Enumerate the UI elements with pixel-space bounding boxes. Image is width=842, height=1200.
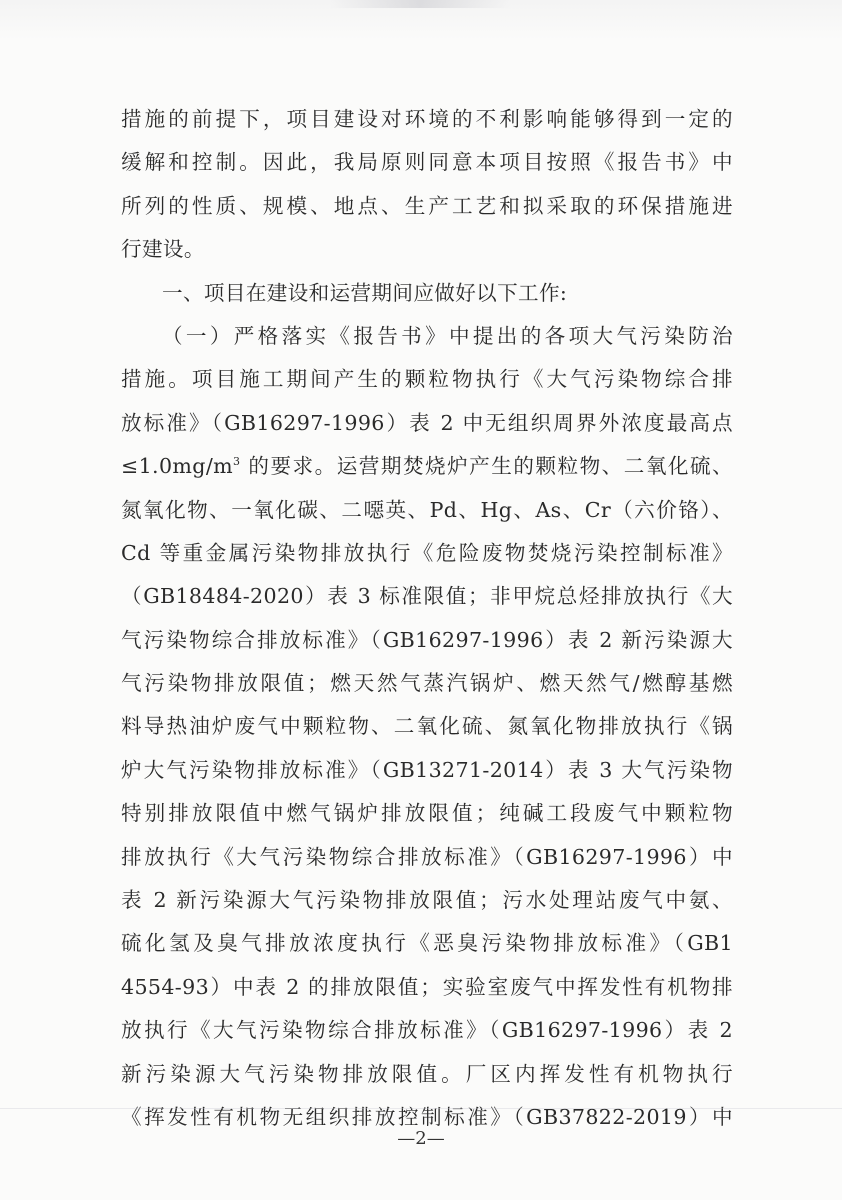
- text-line: （GB18484-2020）表 3 标准限值；非甲烷总烃排放执行《大: [121, 575, 733, 618]
- text-line: 缓解和控制。因此，我局原则同意本项目按照《报告书》中: [121, 141, 733, 184]
- text-line: 气污染物综合排放标准》（GB16297-1996）表 2 新污染源大: [121, 619, 733, 662]
- text-line: 表 2 新污染源大气污染物排放限值；污水处理站废气中氨、: [121, 879, 733, 922]
- text-line: 所列的性质、规模、地点、生产工艺和拟采取的环保措施进: [121, 185, 733, 228]
- text-line: 放标准》（GB16297-1996）表 2 中无组织周界外浓度最高点: [121, 402, 733, 445]
- text-line: Cd 等重金属污染物排放执行《危险废物焚烧污染控制标准》: [121, 532, 733, 575]
- document-body: 措施的前提下，项目建设对环境的不利影响能够得到一定的 缓解和控制。因此，我局原则…: [121, 98, 733, 1139]
- text-line: 4554-93）中表 2 的排放限值；实验室废气中挥发性有机物排: [121, 966, 733, 1009]
- scan-artifact: [330, 0, 510, 8]
- text-line: 氮氧化物、一氧化碳、二噁英、Pd、Hg、As、Cr（六价铬）、: [121, 489, 733, 532]
- page-number: —2—: [0, 1128, 842, 1149]
- text-line: 特别排放限值中燃气锅炉排放限值；纯碱工段废气中颗粒物: [121, 792, 733, 835]
- subsection-heading-line: （一）严格落实《报告书》中提出的各项大气污染防治: [121, 315, 733, 358]
- text-line: 硫化氢及臭气排放浓度执行《恶臭污染物排放标准》（GB1: [121, 922, 733, 965]
- limit-value: ≤1.0mg/m: [121, 454, 233, 478]
- text-line: 措施。项目施工期间产生的颗粒物执行《大气污染物综合排: [121, 358, 733, 401]
- text-line: 炉大气污染物排放标准》（GB13271-2014）表 3 大气污染物: [121, 749, 733, 792]
- scan-fold-line: [0, 1108, 842, 1109]
- text-line: 气污染物排放限值；燃天然气蒸汽锅炉、燃天然气/燃醇基燃: [121, 662, 733, 705]
- text-line: 放执行《大气污染物综合排放标准》（GB16297-1996）表 2: [121, 1009, 733, 1052]
- text-line: 措施的前提下，项目建设对环境的不利影响能够得到一定的: [121, 98, 733, 141]
- section-heading: 一、项目在建设和运营期间应做好以下工作:: [121, 272, 733, 315]
- text-line: 排放执行《大气污染物综合排放标准》（GB16297-1996）中: [121, 836, 733, 879]
- limit-exponent: 3: [233, 455, 240, 468]
- text-line: 行建设。: [121, 228, 733, 271]
- text-line-with-limit: ≤1.0mg/m3 的要求。运营期焚烧炉产生的颗粒物、二氧化硫、: [121, 445, 733, 488]
- text-line: 料导热油炉废气中颗粒物、二氧化硫、氮氧化物排放执行《锅: [121, 705, 733, 748]
- text-line: 新污染源大气污染物排放限值。厂区内挥发性有机物执行: [121, 1053, 733, 1096]
